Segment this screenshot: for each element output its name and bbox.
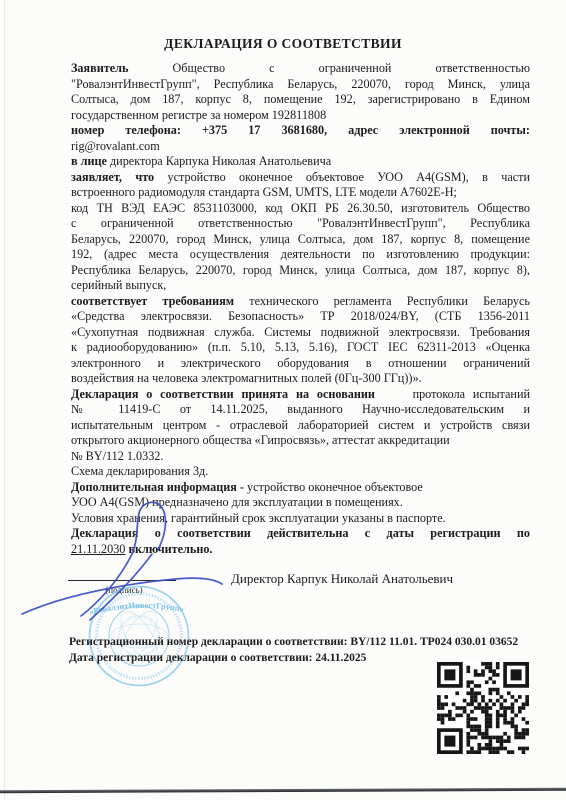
document-line: «Сухопутная подвижная служба. Системы по… [71, 325, 530, 341]
director-name: Директор Карпук Николай Анатольевич [231, 571, 453, 587]
document-line: встроенного радиомодуля стандарта GSM, U… [71, 185, 530, 201]
document-line: электронного и электрического оборудован… [71, 356, 530, 372]
document-body: Заявитель Общество с ограниченной ответс… [71, 61, 530, 557]
document-line: заявляет, что устройство оконечное объек… [71, 170, 530, 186]
document-line: код ТН ВЭД ЕАЭС 8531103000, код ОКП РБ 2… [71, 201, 530, 217]
document-line: соответствует требованиям технического р… [71, 294, 530, 310]
document-line: "РовалэнтИнвестГрупп", Республика Белару… [71, 77, 530, 93]
registration-date: Дата регистрации декларации о соответств… [69, 652, 366, 664]
document-line: открытого акционерного общества «Гипросв… [71, 433, 530, 449]
document-line: испытательным центром - отраслевой лабор… [71, 418, 530, 434]
document-line: Беларусь, 220070, город Минск, улица Сол… [71, 232, 530, 248]
document-line: Заявитель Общество с ограниченной ответс… [71, 61, 530, 77]
page-left-edge [4, 0, 5, 800]
document-line: rig@rovalant.com [71, 139, 530, 155]
qr-code [437, 662, 529, 754]
declaration-page: ДЕКЛАРАЦИЯ О СООТВЕТСТВИИ Заявитель Обще… [0, 0, 566, 800]
document-line: номер телефона: +375 17 3681680, адрес э… [71, 123, 530, 139]
document-line: к радиооборудованию» (п.п. 5.10, 5.13, 5… [71, 340, 530, 356]
document-line: Условия хранения, гарантийный срок экспл… [71, 511, 530, 527]
signature-line [68, 580, 176, 581]
document-line: Декларация о соответствии действительна … [71, 526, 530, 542]
document-line: серийный выпуск, [71, 278, 530, 294]
document-line: воздействия на человека электромагнитных… [71, 371, 530, 387]
document-line: УОО А4(GSM) предназначено для эксплуатац… [71, 495, 530, 511]
registration-number: Регистрационный номер декларации о соотв… [69, 636, 518, 648]
document-line: 192, (адрес места осуществления деятельн… [71, 247, 530, 263]
document-title: ДЕКЛАРАЦИЯ О СООТВЕТСТВИИ [0, 36, 566, 52]
document-line: Солтыса, дом 187, корпус 8, помещение 19… [71, 92, 530, 108]
document-line: в лице директора Карпука Николая Анатоль… [71, 154, 530, 170]
document-line: 21.11.2030 включительно. [71, 542, 530, 558]
document-line: Декларация о соответствии принята на осн… [71, 387, 530, 403]
document-line: государственном регистре за номером 1928… [71, 108, 530, 124]
document-line: Республика Беларусь, 220070, город Минск… [71, 263, 530, 279]
document-line: с ограниченной ответственностью "Ровалэн… [71, 216, 530, 232]
document-line: Дополнительная информация - устройство о… [71, 480, 530, 496]
document-line: № 11419-С от 14.11.2025, выданного Научн… [71, 402, 530, 418]
page-bottom-edge [0, 788, 566, 794]
document-line: Схема декларирования 3д. [71, 464, 530, 480]
document-line: № BY/112 1.0332. [71, 449, 530, 465]
document-line: «Средства электросвязи. Безопасность» ТР… [71, 309, 530, 325]
